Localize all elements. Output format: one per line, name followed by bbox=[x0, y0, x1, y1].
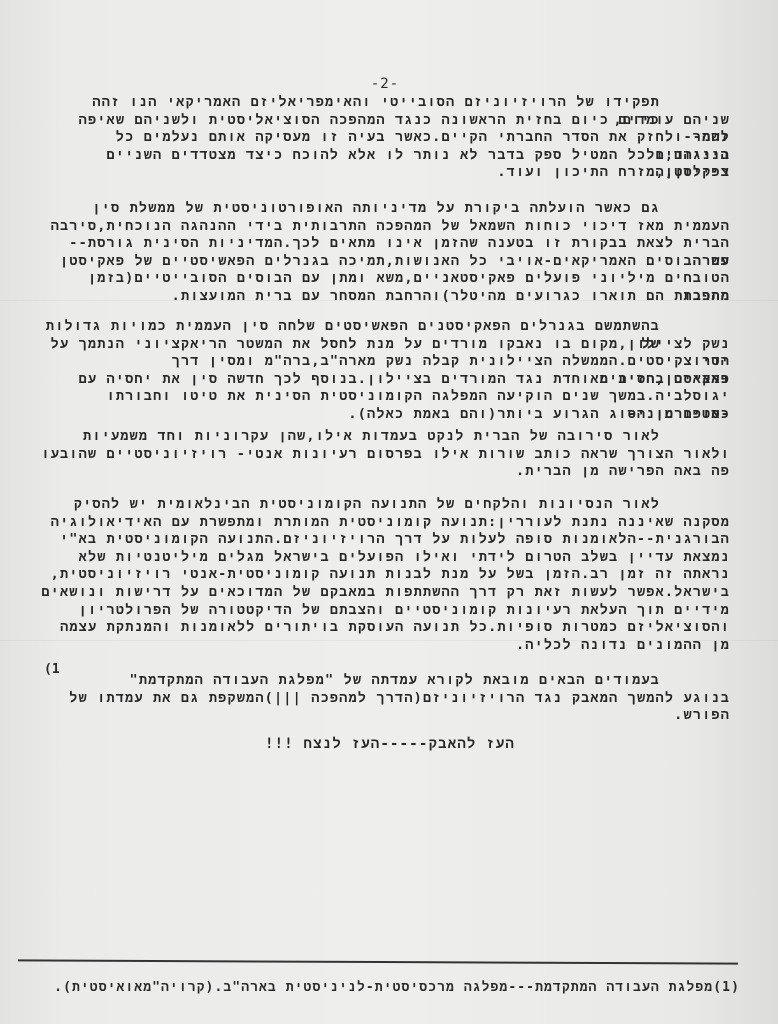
text-line: והסוציאליזם כמטרות סופיות.כל תנועה העוסק… bbox=[40, 619, 730, 637]
text-line: בישראל.אפשר לעשות זאת רק דרך ההשתתפות במ… bbox=[40, 584, 730, 602]
paragraph-3: בהשתמשם בגנרלים הפאקיסטנים הפאשיסטים שלח… bbox=[40, 318, 730, 424]
text-line: עם הבוסים האמריקאים-אויבי כל האנושות,תמי… bbox=[40, 253, 730, 271]
text-line: מן ההמונים נדונה לכליה. bbox=[40, 637, 730, 655]
paragraph-2: גם כאשר הועלתה ביקורת על מדיניותה האופור… bbox=[40, 200, 730, 306]
paragraph-5: לאור הנסיונות והלקחים של התנועה הקומוניס… bbox=[40, 496, 730, 654]
text-line: הטרוצקיסטים.הממשלה הציילונית קבלה נשק מא… bbox=[40, 353, 730, 371]
paragraph-4: לאור סירובה של הברית לנקט בעמדות אילו,שה… bbox=[40, 428, 730, 481]
text-line: לאור הנסיונות והלקחים של התנועה הקומוניס… bbox=[40, 496, 730, 514]
slogan: העז להאבק-----העז לנצח !!! bbox=[200, 736, 580, 753]
text-line: הפורש. bbox=[40, 707, 730, 725]
text-line: שניהם עומדים כיום בחזית הראשונה כנגד המה… bbox=[40, 112, 730, 130]
text-line: -סטים מן הסוג הגרוע ביותר(והם באמת כאלה)… bbox=[40, 406, 730, 424]
text-line: תפקידו של הרויזיוניזם הסובייטי והאימפריא… bbox=[40, 94, 730, 112]
text-line: גם כאשר הועלתה ביקורת על מדיניותה האופור… bbox=[40, 200, 730, 218]
text-line: נשק לציילון,מקום בו נאבקו מורדים על מנת … bbox=[40, 336, 730, 354]
page-number: -2- bbox=[355, 76, 415, 92]
paragraph-1: תפקידו של הרויזיוניזם הסובייטי והאימפריא… bbox=[40, 94, 730, 182]
text-line: הברית לצאת בבקורת זו בטענה שהזמן אינו מת… bbox=[40, 235, 730, 253]
text-line: ציילון,המזרח התיכון ועוד. bbox=[40, 164, 730, 182]
text-line: פה באה הפרישה מן הברית. bbox=[40, 463, 730, 481]
text-line: מידיים תוך העלאת רעיונות קומוניסטיים והצ… bbox=[40, 602, 730, 620]
text-line: לאור סירובה של הברית לנקט בעמדות אילו,שה… bbox=[40, 428, 730, 446]
text-line: ביניהם,ולכל המטיל ספק בדבר לא נותר לו אל… bbox=[40, 147, 730, 165]
text-line: בנוגע להמשך המאבק נגד הרויזיוניזם(הדרך ל… bbox=[40, 690, 730, 708]
text-line: ולאור הצורך שראה כותב שורות אילו בפרסום … bbox=[40, 446, 730, 464]
paragraph-6: בעמודים הבאים מובאת לקורא עמדתה של "מפלג… bbox=[40, 672, 730, 725]
text-line: הבורגנית--הלאומנות סופה לעלות על דרך הרו… bbox=[40, 531, 730, 549]
text-line: יגוסלביה.במשך שנים הוקיעה המפלגה הקומוני… bbox=[40, 388, 730, 406]
text-line: נמצאים בחזית מאוחדת נגד המורדים בציילון.… bbox=[40, 371, 730, 389]
document-page: -2- תפקידו של הרויזיוניזם הסובייטי והאימ… bbox=[0, 0, 778, 1024]
text-line: העממית מאז דיכוי כוחות השמאל של המהפכה ה… bbox=[40, 218, 730, 236]
text-line: נמצאת עדיין בשלב הטרום לידתי ואילו הפועל… bbox=[40, 549, 730, 567]
text-line: מסקנה שאיננה נתנת לעוררין:תנועה קומוניסט… bbox=[40, 514, 730, 532]
text-line: הטובחים מיליוני פועלים פאקיסטאניים,משא ו… bbox=[40, 270, 730, 288]
footnote-text: (1)מפלגת העבודה המתקדמת---מפלגה מרכסיסטי… bbox=[20, 980, 740, 995]
footnote-divider bbox=[18, 959, 738, 964]
text-line: בעמודים הבאים מובאת לקורא עמדתה של "מפלג… bbox=[40, 672, 730, 690]
text-line: נראתה זה זמן רב.הזמן בשל על מנת לבנות תנ… bbox=[40, 566, 730, 584]
text-line: לשמר ולחזק את הסדר החברתי הקיים.כאשר בעי… bbox=[40, 129, 730, 147]
text-line: בהשתמשם בגנרלים הפאקיסטנים הפאשיסטים שלח… bbox=[40, 318, 730, 336]
text-line: התרבות הם תוארו כגרועים מהיטלר)והרחבת המ… bbox=[40, 288, 730, 306]
